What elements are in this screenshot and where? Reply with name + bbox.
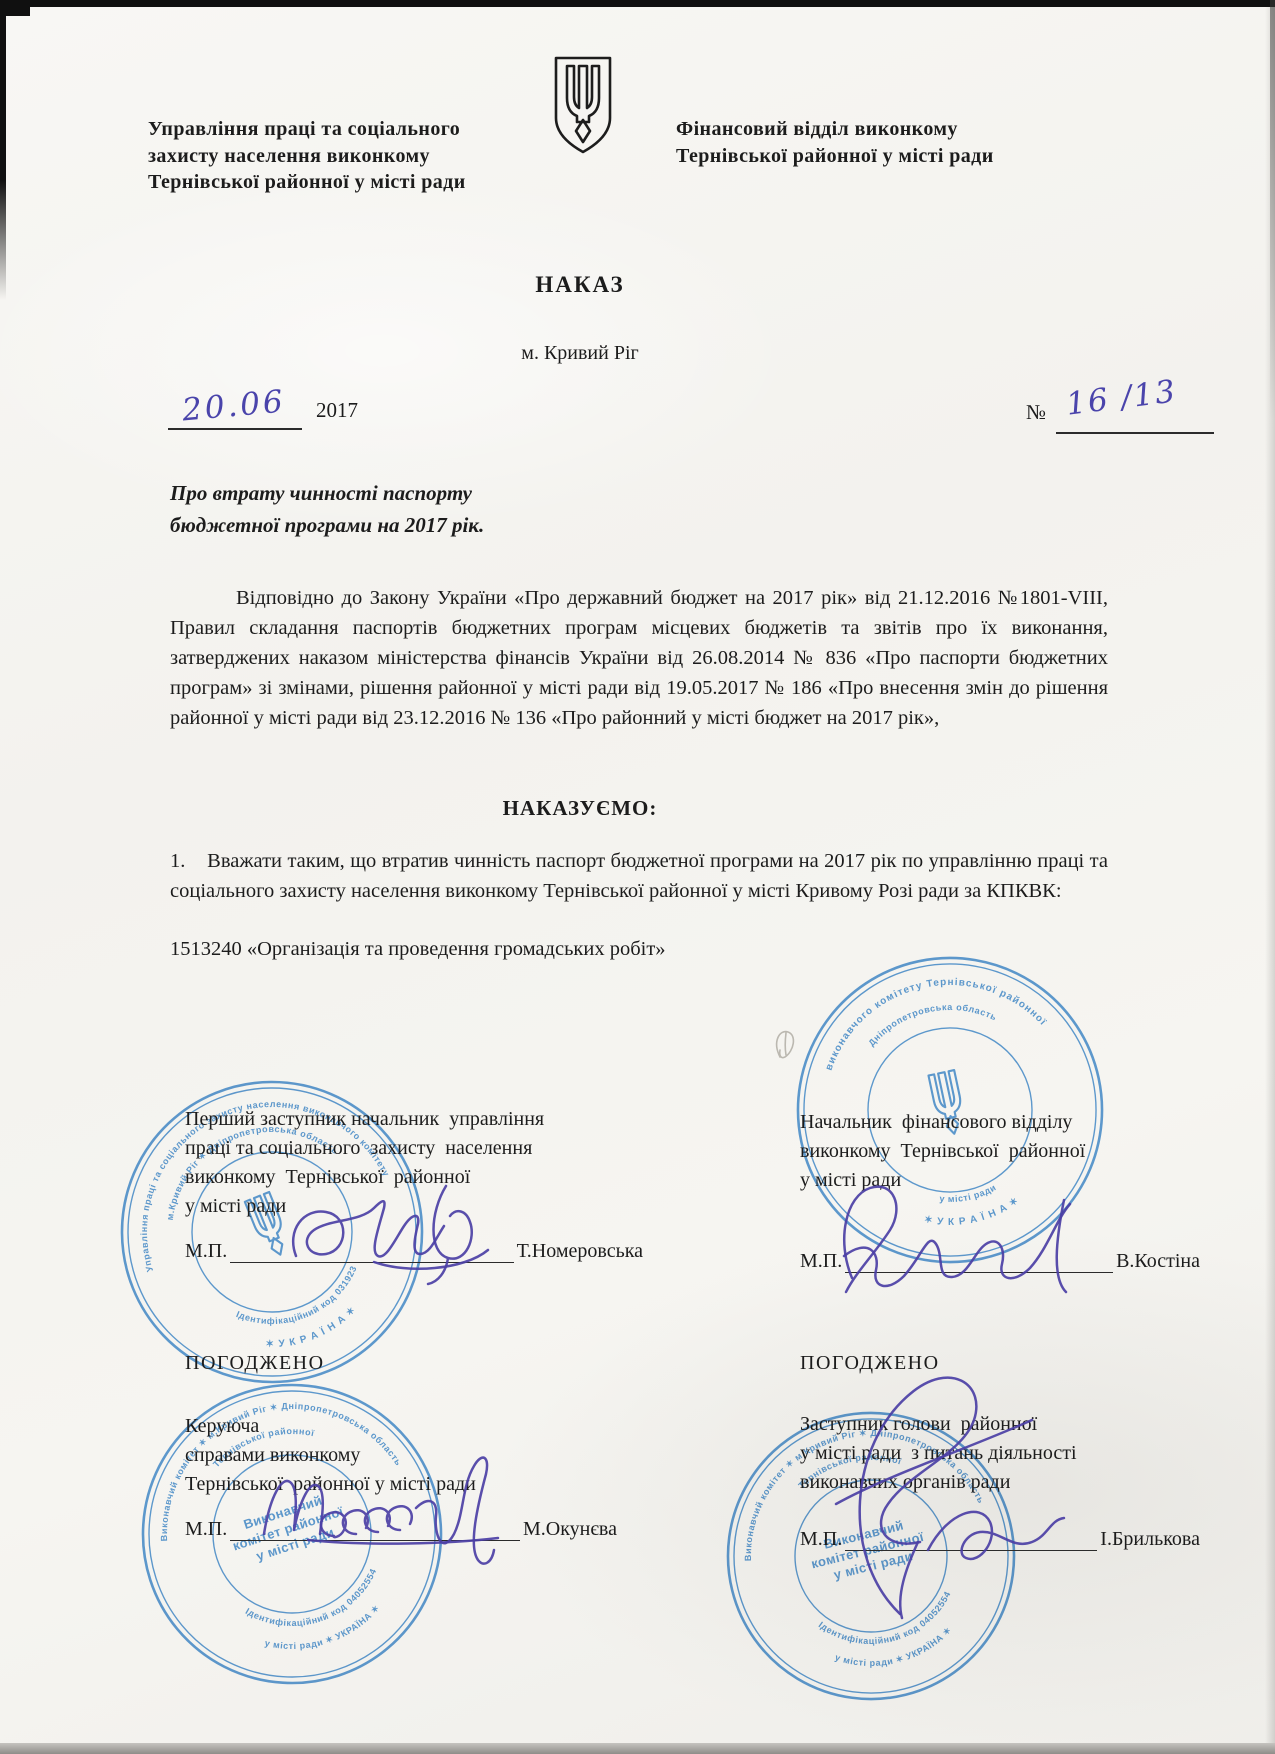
seal-label: М.П. <box>185 1240 227 1263</box>
scan-edge-bottom <box>0 1743 1275 1754</box>
order-item-1-code: 1513240 «Організація та проведення грома… <box>170 938 666 961</box>
approver-right-name: І.Брилькова <box>1100 1528 1200 1551</box>
date-year: 2017 <box>316 398 358 423</box>
signature-kostina <box>816 1160 1116 1315</box>
ukraine-trident-emblem-icon <box>551 54 615 156</box>
header-left-organization: Управління праці та соціального захисту … <box>148 116 558 196</box>
signature-okuneva <box>248 1438 548 1573</box>
number-line: № 16 /13 <box>1026 392 1246 448</box>
date-line: 20.06 2017 <box>168 392 408 442</box>
signatory-right-name: В.Костіна <box>1116 1250 1200 1273</box>
stamp-ll-inner-bottom-text: Ідентифікаційний код 04052554 <box>242 1565 389 1646</box>
scan-edge-left <box>0 0 6 300</box>
agreed-left-label: ПОГОДЖЕНО <box>185 1352 325 1375</box>
number-label: № <box>1026 400 1046 425</box>
order-item-1: 1. Вважати таким, що втратив чинність па… <box>170 847 1108 907</box>
order-city: м. Кривий Ріг <box>0 342 1160 365</box>
order-subject: Про втрату чинності паспорту бюджетної п… <box>170 478 484 541</box>
number-blank-line <box>1056 432 1214 434</box>
scan-edge-right <box>1270 0 1275 420</box>
order-preamble: Відповідно до Закону України «Про держав… <box>170 584 1108 734</box>
handwritten-date: 20.06 <box>181 384 287 429</box>
date-blank-line <box>168 428 302 430</box>
pencil-doodle <box>770 1025 804 1065</box>
stamp-ur-outer-top-text: виконавчого комітету Тернівської районно… <box>810 956 1050 1074</box>
handwritten-number: 16 /13 <box>1064 373 1179 422</box>
signature-brylkova <box>778 1352 1108 1642</box>
header-right-organization: Фінансовий відділ виконкому Тернівської … <box>676 116 1096 169</box>
resolution-heading: НАКАЗУЄМО: <box>0 796 1160 821</box>
svg-text:Ідентифікаційний код 04052554: Ідентифікаційний код 04052554 <box>242 1565 389 1646</box>
seal-label: М.П. <box>185 1518 227 1541</box>
order-title: НАКАЗ <box>0 272 1160 298</box>
scan-edge-top <box>0 0 1275 7</box>
svg-text:виконавчого комітету Тернівськ: виконавчого комітету Тернівської районно… <box>810 956 1050 1074</box>
signature-nomerovska <box>278 1178 558 1288</box>
document-page: Управління праці та соціального захисту … <box>0 0 1275 1754</box>
